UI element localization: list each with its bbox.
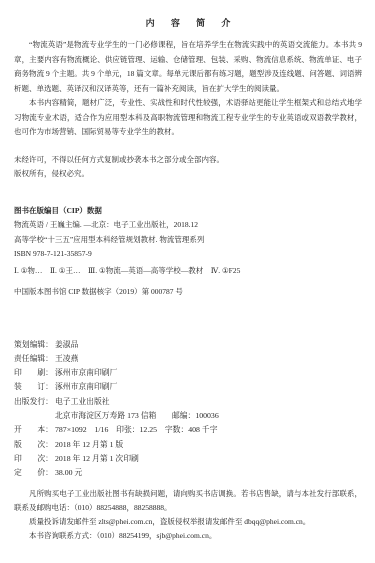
colophon-value: 王凌燕	[55, 354, 78, 363]
cip-data-section: 图书在版编目（CIP）数据 物流英语 / 王巍主编. —北京：电子工业出版社，2…	[14, 204, 362, 300]
book-copyright-page: 内 容 简 介 “物流英语”是物流专业学生的一门必修课程，旨在培养学生在物流实践…	[0, 0, 375, 563]
colophon-row-publisher-address: 北京市海淀区万寿路 173 信箱 邮编：100036	[14, 409, 362, 423]
content-summary-title: 内 容 简 介	[14, 16, 362, 29]
colophon-label: 开 本：	[14, 423, 55, 437]
colophon-value: 2018 年 12 月第 1 版	[55, 440, 123, 449]
quality-complaint-line: 质量投诉请发邮件至 zlts@phei.com.cn，盗版侵权举报请发邮件至 d…	[14, 515, 362, 529]
summary-paragraph-2: 本书内容精简，题材广泛，专业性、实战性和时代性较强，术语驿站更能让学生框架式和总…	[14, 96, 362, 140]
colophon-value: 38.00 元	[55, 468, 82, 477]
colophon-label: 装 订：	[14, 380, 55, 394]
summary-paragraph-1: “物流英语”是物流专业学生的一门必修课程，旨在培养学生在物流实践中的英语交流能力…	[14, 38, 362, 96]
notice-line-2: 版权所有，侵权必究。	[14, 167, 362, 182]
colophon-section: 策划编辑：姜淑品 责任编辑：王凌燕 印 刷：涿州市京南印刷厂 装 订：涿州市京南…	[14, 338, 362, 481]
consultation-contact-line: 本书咨询联系方式：（010）88254199，sjb@phei.com.cn。	[14, 529, 362, 543]
colophon-value: 涿州市京南印刷厂	[55, 368, 117, 377]
copyright-notice: 未经许可，不得以任何方式复制或抄袭本书之部分或全部内容。 版权所有，侵权必究。	[14, 153, 362, 182]
cip-series-line: 高等学校“十三五”应用型本科经管规划教材. 物流管理系列	[14, 233, 362, 248]
colophon-value: 2018 年 12 月第 1 次印刷	[55, 454, 139, 463]
colophon-label: 印 刷：	[14, 366, 55, 380]
colophon-row-impression: 印 次：2018 年 12 月第 1 次印刷	[14, 452, 362, 466]
colophon-value: 787×1092 1/16 印张：12.25 字数：408 千字	[55, 425, 218, 434]
cip-book-line: 物流英语 / 王巍主编. —北京：电子工业出版社，2018.12	[14, 218, 362, 233]
colophon-label: 出版发行：	[14, 395, 55, 409]
colophon-label: 版 次：	[14, 438, 55, 452]
colophon-label: 责任编辑：	[14, 352, 55, 366]
cip-classification: Ⅰ. ①物… Ⅱ. ①王… Ⅲ. ①物流—英语—高等学校—教材 Ⅳ. ①F25	[14, 264, 362, 279]
cip-heading: 图书在版编目（CIP）数据	[14, 204, 362, 219]
colophon-row-price: 定 价：38.00 元	[14, 466, 362, 480]
colophon-value: 姜淑品	[55, 340, 78, 349]
cip-isbn: ISBN 978-7-121-35857-9	[14, 247, 362, 262]
colophon-row-format: 开 本：787×1092 1/16 印张：12.25 字数：408 千字	[14, 423, 362, 437]
colophon-row-responsible-editor: 责任编辑：王凌燕	[14, 352, 362, 366]
colophon-row-publisher: 出版发行：电子工业出版社	[14, 395, 362, 409]
exchange-notice-paragraph: 凡所购买电子工业出版社图书有缺损问题，请向购买书店调换。若书店售缺，请与本社发行…	[14, 487, 362, 515]
colophon-value: 电子工业出版社	[55, 397, 110, 406]
colophon-row-printer: 印 刷：涿州市京南印刷厂	[14, 366, 362, 380]
colophon-value: 涿州市京南印刷厂	[55, 382, 117, 391]
purchase-contact-section: 凡所购买电子工业出版社图书有缺损问题，请向购买书店调换。若书店售缺，请与本社发行…	[14, 487, 362, 543]
colophon-label: 定 价：	[14, 466, 55, 480]
colophon-row-edition: 版 次：2018 年 12 月第 1 版	[14, 438, 362, 452]
colophon-label: 策划编辑：	[14, 338, 55, 352]
colophon-row-planning-editor: 策划编辑：姜淑品	[14, 338, 362, 352]
content-summary-section: 内 容 简 介 “物流英语”是物流专业学生的一门必修课程，旨在培养学生在物流实践…	[14, 16, 362, 140]
colophon-row-binding: 装 订：涿州市京南印刷厂	[14, 380, 362, 394]
colophon-label: 印 次：	[14, 452, 55, 466]
colophon-value: 北京市海淀区万寿路 173 信箱 邮编：100036	[55, 411, 219, 420]
notice-line-1: 未经许可，不得以任何方式复制或抄袭本书之部分或全部内容。	[14, 153, 362, 168]
cip-record-number: 中国版本图书馆 CIP 数据核字（2019）第 000787 号	[14, 285, 362, 300]
